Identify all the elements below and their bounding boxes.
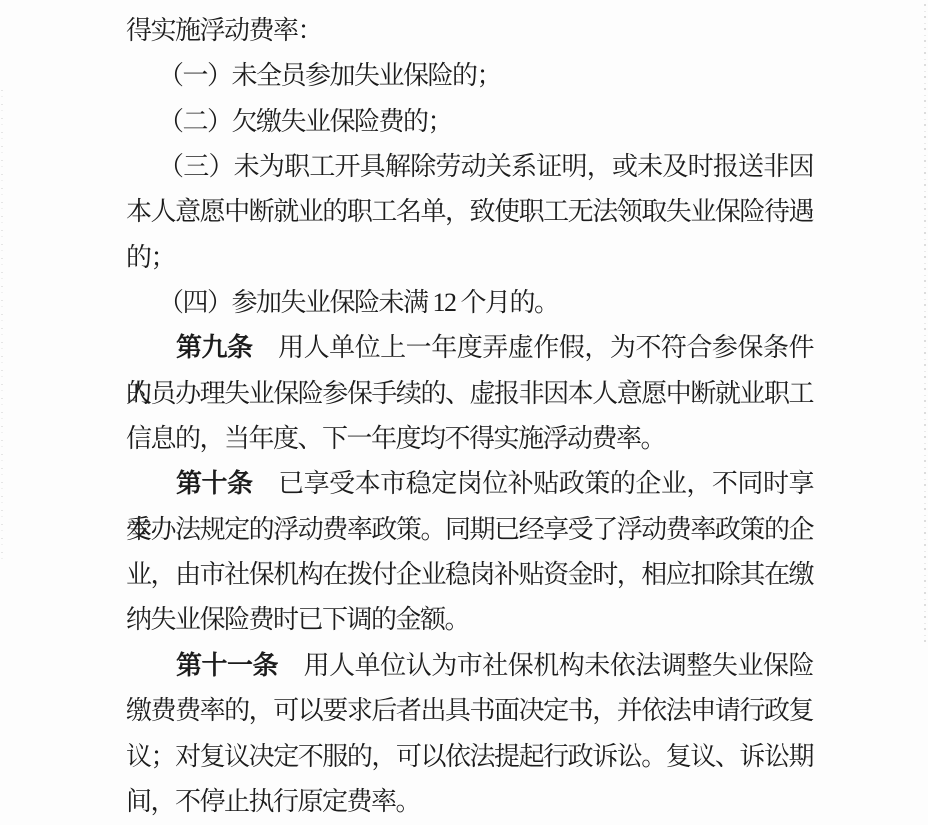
line-text: 本办法规定的浮动费率政策。同期已经享受了浮动费率政策的企	[126, 515, 813, 544]
line-text: （四）参加失业保险未满 12 个月的。	[158, 288, 559, 317]
line-text: 人员办理失业保险参保手续的、虚报非因本人意愿中断就业职工	[126, 379, 813, 408]
document-text-block: 得实施浮动费率： （一）未全员参加失业保险的； （二）欠缴失业保险费的； （三）…	[126, 8, 813, 824]
line-text: 得实施浮动费率：	[126, 16, 322, 45]
line-text: 用人单位认为市社保机构未依法调整失业保险	[278, 651, 813, 680]
text-line: 本人意愿中断就业的职工名单，致使职工无法领取失业保险待遇	[126, 189, 813, 234]
text-line: 本办法规定的浮动费率政策。同期已经享受了浮动费率政策的企	[126, 507, 813, 552]
scanned-document-page: 得实施浮动费率： （一）未全员参加失业保险的； （二）欠缴失业保险费的； （三）…	[0, 0, 928, 825]
text-line: 议；对复议决定不服的，可以依法提起行政诉讼。复议、诉讼期	[126, 734, 813, 779]
line-text: 的；	[126, 243, 175, 272]
text-line-article-start: 第十一条 用人单位认为市社保机构未依法调整失业保险	[126, 643, 813, 688]
text-line: 间，不停止执行原定费率。	[126, 779, 813, 824]
article-number-bold: 第十条	[176, 469, 253, 498]
line-text: 业，由市社保机构在拨付企业稳岗补贴资金时，相应扣除其在缴	[126, 560, 813, 589]
line-text: 议；对复议决定不服的，可以依法提起行政诉讼。复议、诉讼期	[126, 742, 813, 771]
article-number-bold: 第九条	[176, 333, 253, 362]
line-text: （一）未全员参加失业保险的；	[158, 61, 501, 90]
text-line: 纳失业保险费时已下调的金额。	[126, 597, 813, 642]
text-line-article-start: 第九条 用人单位上一年度弄虚作假，为不符合参保条件的	[126, 325, 813, 370]
text-line-list-item: （四）参加失业保险未满 12 个月的。	[126, 280, 813, 325]
text-line: 信息的，当年度、下一年度均不得实施浮动费率。	[126, 416, 813, 461]
line-text: 纳失业保险费时已下调的金额。	[126, 605, 469, 634]
text-line: 人员办理失业保险参保手续的、虚报非因本人意愿中断就业职工	[126, 371, 813, 416]
text-line: 缴费费率的，可以要求后者出具书面决定书，并依法申请行政复	[126, 688, 813, 733]
text-line: 的；	[126, 235, 813, 280]
text-line: 业，由市社保机构在拨付企业稳岗补贴资金时，相应扣除其在缴	[126, 552, 813, 597]
line-text: 信息的，当年度、下一年度均不得实施浮动费率。	[126, 424, 665, 453]
text-line-list-item: （二）欠缴失业保险费的；	[126, 99, 813, 144]
line-text: （二）欠缴失业保险费的；	[158, 107, 452, 136]
line-text: （三）未为职工开具解除劳动关系证明，或未及时报送非因	[158, 152, 813, 181]
text-line-list-item: （一）未全员参加失业保险的；	[126, 53, 813, 98]
article-number-bold: 第十一条	[176, 651, 278, 680]
text-line-list-item: （三）未为职工开具解除劳动关系证明，或未及时报送非因	[126, 144, 813, 189]
text-line: 得实施浮动费率：	[126, 8, 813, 53]
line-text: 缴费费率的，可以要求后者出具书面决定书，并依法申请行政复	[126, 696, 813, 725]
scan-noise-right-edge	[924, 4, 926, 644]
scan-noise-left-edge	[1, 90, 3, 560]
line-text: 间，不停止执行原定费率。	[126, 787, 420, 816]
line-text: 本人意愿中断就业的职工名单，致使职工无法领取失业保险待遇	[126, 197, 813, 226]
text-line-article-start: 第十条 已享受本市稳定岗位补贴政策的企业，不同时享受	[126, 461, 813, 506]
